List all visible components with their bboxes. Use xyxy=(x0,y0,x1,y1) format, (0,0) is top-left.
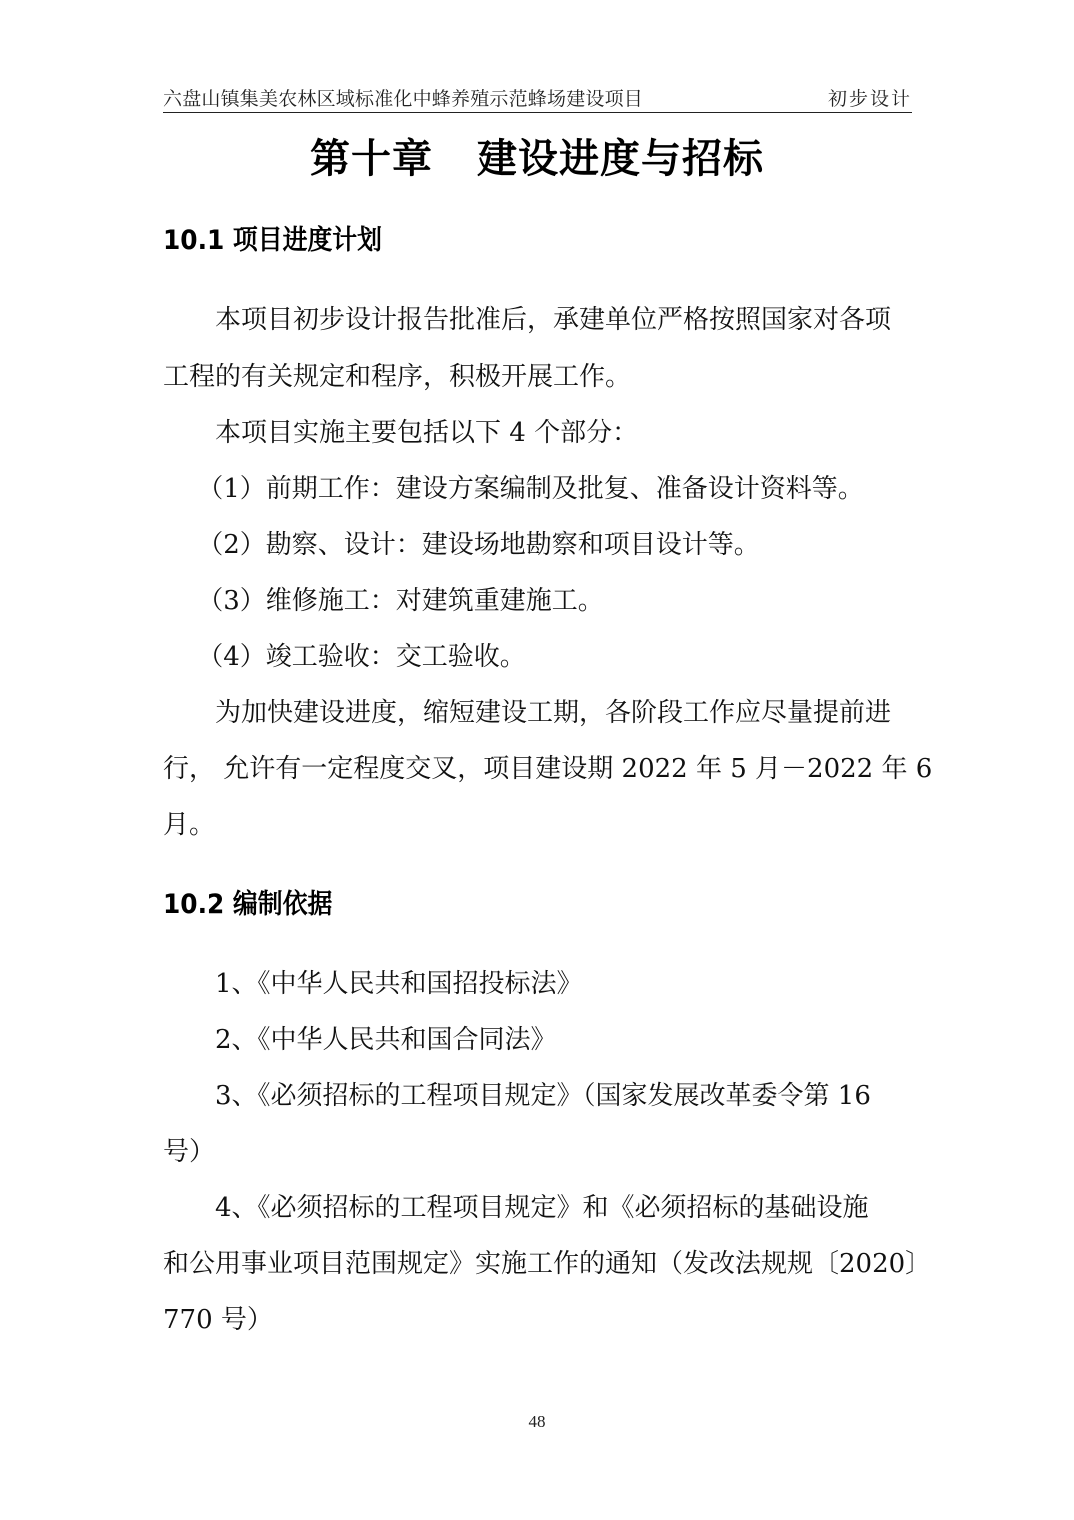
reference-item-continued: 和公用事业项目范围规定》实施工作的通知（发改法规规〔2020〕 xyxy=(163,1247,912,1281)
chapter-title: 第十章建设进度与招标 xyxy=(0,134,1074,184)
chapter-number: 第十章 xyxy=(310,136,433,182)
section-heading-10-2: 10.2 编制依据 xyxy=(163,888,332,922)
reference-item-continued: 770 号） xyxy=(163,1303,912,1337)
reference-item: 2、《中华人民共和国合同法》 xyxy=(163,1023,912,1057)
document-page: 六盘山镇集美农林区域标准化中蜂养殖示范蜂场建设项目 初步设计 第十章建设进度与招… xyxy=(0,0,1074,1520)
paragraph-line: 工程的有关规定和程序，积极开展工作。 xyxy=(163,360,912,394)
paragraph-line: 月。 xyxy=(163,808,912,842)
paragraph-line: 为加快建设进度，缩短建设工期，各阶段工作应尽量提前进 xyxy=(163,696,912,730)
chapter-name: 建设进度与招标 xyxy=(477,136,764,182)
section-heading-10-1: 10.1 项目进度计划 xyxy=(163,224,382,258)
page-header: 六盘山镇集美农林区域标准化中蜂养殖示范蜂场建设项目 初步设计 xyxy=(163,88,912,113)
paragraph-line: 行， 允许有一定程度交叉，项目建设期 2022 年 5 月－2022 年 6 xyxy=(163,752,912,786)
list-item: （1）前期工作：建设方案编制及批复、准备设计资料等。 xyxy=(163,472,912,506)
paragraph-line: 本项目实施主要包括以下 4 个部分： xyxy=(163,416,912,450)
page-number: 48 xyxy=(0,1412,1074,1432)
reference-item: 4、《必须招标的工程项目规定》和《必须招标的基础设施 xyxy=(163,1191,912,1225)
list-item: （4）竣工验收：交工验收。 xyxy=(163,640,912,674)
list-item: （3）维修施工：对建筑重建施工。 xyxy=(163,584,912,618)
paragraph-line: 本项目初步设计报告批准后，承建单位严格按照国家对各项 xyxy=(163,303,912,337)
reference-item-continued: 号） xyxy=(163,1135,912,1169)
header-doc-type: 初步设计 xyxy=(828,88,912,110)
list-item: （2）勘察、设计：建设场地勘察和项目设计等。 xyxy=(163,528,912,562)
reference-item: 3、《必须招标的工程项目规定》（国家发展改革委令第 16 xyxy=(163,1079,912,1113)
header-project-title: 六盘山镇集美农林区域标准化中蜂养殖示范蜂场建设项目 xyxy=(163,88,643,110)
reference-item: 1、《中华人民共和国招投标法》 xyxy=(163,967,912,1001)
